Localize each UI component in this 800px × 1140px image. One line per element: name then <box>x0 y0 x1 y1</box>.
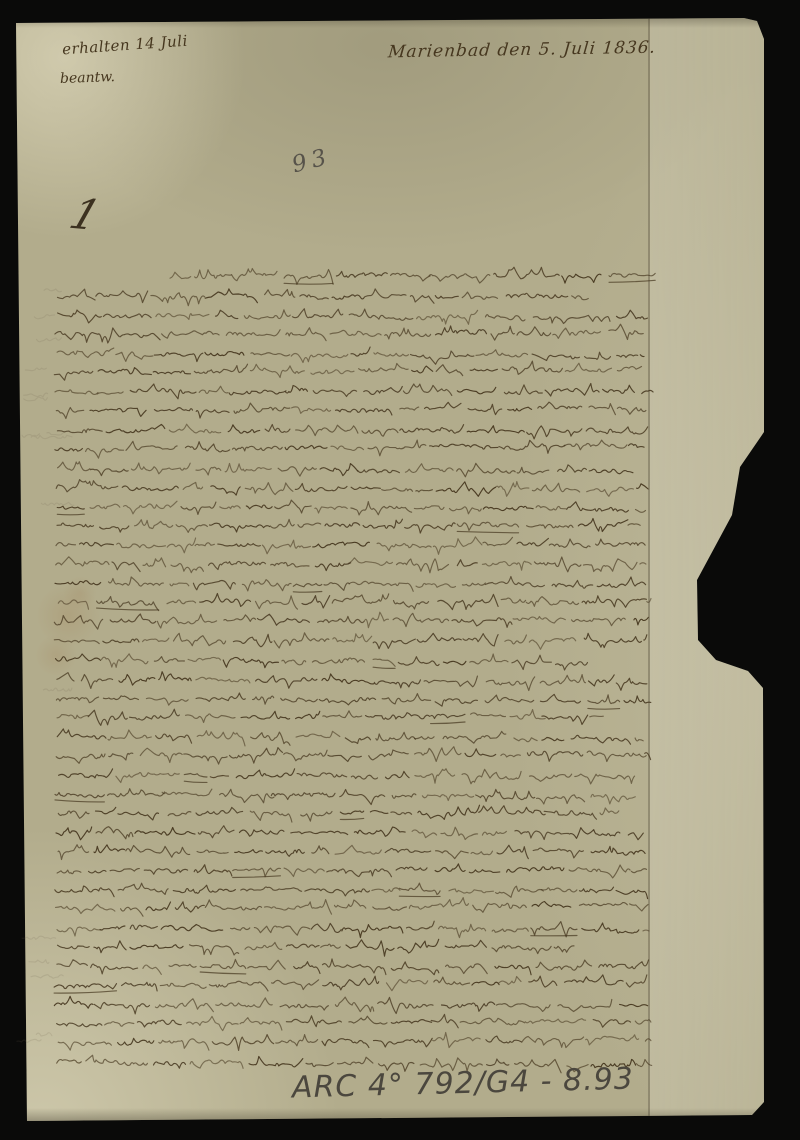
paper-fold-strip <box>648 0 770 1140</box>
letter-paper <box>0 0 800 1140</box>
paper-bottom-edge-shadow <box>0 1108 800 1124</box>
received-note-line2: beantw. <box>60 69 116 87</box>
scan-background: erhalten 14 Juli beantw. Marienbad den 5… <box>0 0 800 1140</box>
paper-top-edge-shadow <box>0 18 800 28</box>
